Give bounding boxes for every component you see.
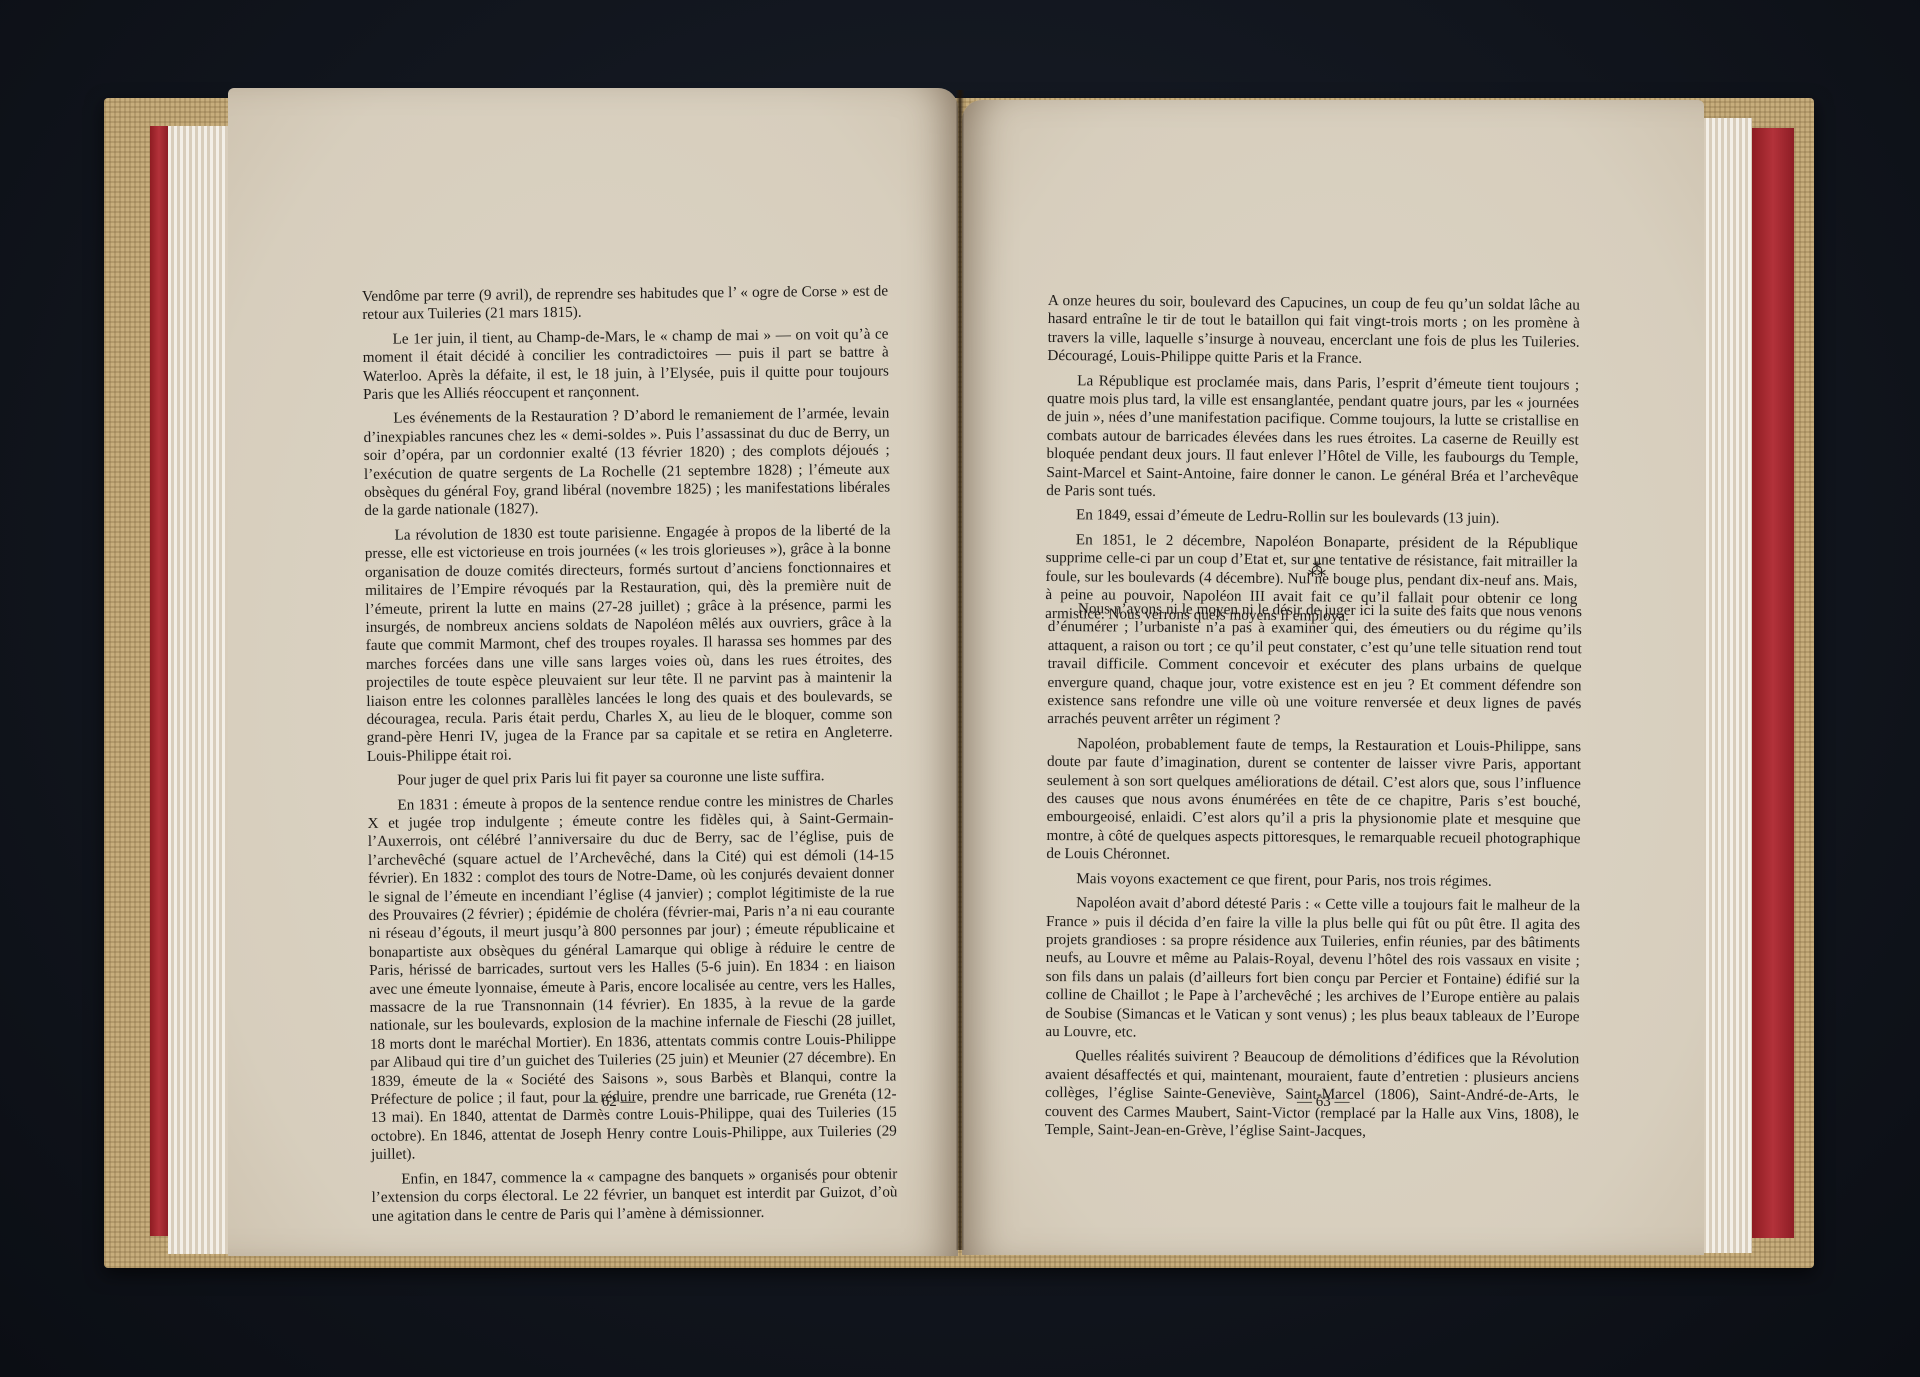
paragraph: Vendôme par terre (9 avril), de reprendr…: [362, 282, 888, 324]
right-page-text-top: A onze heures du soir, boulevard des Cap…: [1045, 292, 1580, 634]
left-page-text: Vendôme par terre (9 avril), de reprendr…: [362, 282, 898, 1231]
red-edge-left: [150, 126, 168, 1236]
paragraph: Les événements de la Restauration ? D’ab…: [363, 405, 890, 521]
page-number-right: — 63 —: [1297, 1094, 1350, 1111]
paragraph: Nous n’avons ni le moyen ni le désir de …: [1047, 600, 1582, 732]
paragraph: Napoléon, probablement faute de temps, l…: [1046, 735, 1581, 867]
paragraph: La révolution de 1830 est toute parisien…: [365, 521, 893, 766]
red-edge-right: [1752, 128, 1794, 1238]
right-page-text-bottom: Nous n’avons ni le moyen ni le désir de …: [1045, 600, 1582, 1149]
paragraph: Napoléon avait d’abord détesté Paris : «…: [1045, 894, 1580, 1045]
paragraph: Le 1er juin, il tient, au Champ-de-Mars,…: [362, 325, 889, 404]
page-number-left: — 62 —: [583, 1094, 636, 1111]
paragraph: En 1849, essai d’émeute de Ledru-Rollin …: [1046, 506, 1578, 529]
paragraph: A onze heures du soir, boulevard des Cap…: [1047, 292, 1580, 370]
book-gutter: [956, 90, 964, 1250]
page-edges-left: [168, 126, 228, 1254]
paragraph: Enfin, en 1847, commence la « campagne d…: [371, 1165, 898, 1226]
paragraph: La République est proclamée mais, dans P…: [1046, 372, 1579, 505]
paragraph: Pour juger de quel prix Paris lui fit pa…: [367, 767, 893, 791]
page-edges-right: [1700, 118, 1752, 1253]
asterism-section-break: ⁂: [1308, 560, 1323, 581]
paragraph: Mais voyons exactement ce que firent, po…: [1046, 870, 1580, 892]
